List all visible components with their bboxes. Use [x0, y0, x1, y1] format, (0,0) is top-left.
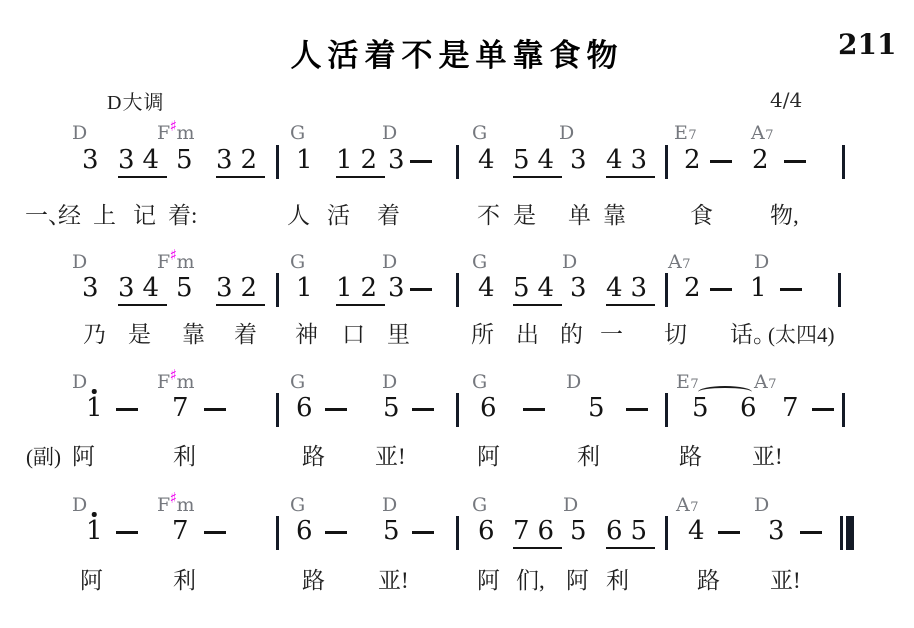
- note: 1: [86, 517, 103, 545]
- lyric-syllable: 亚!: [752, 444, 783, 470]
- note: 4: [478, 274, 495, 302]
- sharp-icon: ♯: [170, 117, 178, 135]
- note: 6: [478, 517, 495, 545]
- chord-label: G: [472, 122, 488, 144]
- note: 32: [216, 146, 265, 178]
- lyric-syllable: 阿: [72, 444, 95, 470]
- note-extension-dash: [718, 531, 740, 534]
- barline: [276, 145, 279, 179]
- chord-seventh: 7: [682, 257, 691, 272]
- note: 5: [588, 394, 605, 422]
- octave-dot: [92, 512, 97, 517]
- chord-label: D: [382, 251, 398, 273]
- sharp-icon: ♯: [170, 246, 178, 264]
- lyric-syllable: 利: [173, 568, 196, 594]
- note: 2: [752, 146, 769, 174]
- note: 43: [606, 274, 655, 306]
- chord-label: F♯m: [157, 122, 195, 145]
- sheet-music-page: 人活着不是单靠食物 211 D大调 4/4 DF♯mGDGDE7A7334532…: [0, 0, 914, 628]
- note: 1: [296, 146, 313, 174]
- note: 76: [513, 517, 562, 549]
- note: 3: [570, 274, 587, 302]
- lyric-syllable: 亚!: [375, 444, 406, 470]
- note-extension-dash: [204, 531, 226, 534]
- lyric-syllable: 上: [93, 203, 116, 229]
- lyric-syllable: 乃: [83, 322, 106, 348]
- note: 5: [176, 146, 193, 174]
- note: 43: [606, 146, 655, 178]
- lyric-syllable: 不: [477, 203, 500, 229]
- chord-label: A7: [754, 371, 777, 396]
- chord-label: D: [563, 494, 579, 516]
- note: 2: [684, 146, 701, 174]
- sharp-icon: ♯: [170, 489, 178, 507]
- barline: [276, 273, 279, 307]
- barline: [276, 393, 279, 427]
- note: 4: [478, 146, 495, 174]
- note-extension-dash: [412, 531, 434, 534]
- lyric-syllable: 路: [302, 444, 325, 470]
- note: 4: [688, 517, 705, 545]
- lyric-syllable: 亚!: [770, 568, 801, 594]
- chord-label: F♯m: [157, 494, 195, 517]
- octave-dot: [92, 389, 97, 394]
- lyric-syllable: (太四4): [768, 322, 835, 348]
- chord-label: E7: [674, 122, 697, 147]
- note: 32: [216, 274, 265, 306]
- note: 1: [296, 274, 313, 302]
- chord-label: G: [290, 122, 306, 144]
- lyric-syllable: 着: [377, 203, 400, 229]
- barline: [456, 516, 459, 550]
- tie-arc: [698, 386, 752, 398]
- note: 7: [172, 394, 189, 422]
- lyric-syllable: 阿: [477, 568, 500, 594]
- note: 7: [782, 394, 799, 422]
- lyric-syllable: 的: [560, 322, 583, 348]
- lyric-syllable: 路: [302, 568, 325, 594]
- lyric-syllable: 利: [173, 444, 196, 470]
- lyric-syllable: 着: [234, 322, 257, 348]
- lyric-syllable: (副): [26, 444, 61, 470]
- chord-seventh: 7: [690, 500, 699, 515]
- note-extension-dash: [784, 160, 806, 163]
- note-extension-dash: [812, 408, 834, 411]
- chord-label: G: [472, 494, 488, 516]
- barline: [456, 273, 459, 307]
- chord-label: G: [472, 371, 488, 393]
- note-extension-dash: [410, 288, 432, 291]
- chord-label: F♯m: [157, 371, 195, 394]
- note: 12: [336, 146, 385, 178]
- note-extension-dash: [523, 408, 545, 411]
- chord-label: D: [72, 494, 88, 516]
- note: 12: [336, 274, 385, 306]
- chord-label: G: [290, 371, 306, 393]
- lyric-syllable: 人: [287, 203, 310, 229]
- chord-label: D: [72, 251, 88, 273]
- chord-label: D: [72, 371, 88, 393]
- note: 3: [570, 146, 587, 174]
- note: 5: [176, 274, 193, 302]
- note: 3: [82, 146, 99, 174]
- lyric-syllable: 路: [679, 444, 702, 470]
- lyric-syllable: 记: [133, 203, 156, 229]
- lyric-syllable: 是: [513, 203, 536, 229]
- lyric-syllable: 一: [600, 322, 623, 348]
- note: 1: [86, 394, 103, 422]
- note-extension-dash: [116, 531, 138, 534]
- lyric-syllable: 靠: [603, 203, 626, 229]
- note: 3: [82, 274, 99, 302]
- lyric-syllable: 神: [295, 322, 318, 348]
- note-extension-dash: [325, 408, 347, 411]
- note: 34: [118, 274, 167, 306]
- lyric-syllable: 食: [690, 203, 713, 229]
- note-extension-dash: [412, 408, 434, 411]
- note: 54: [513, 274, 562, 306]
- note: 2: [684, 274, 701, 302]
- lyric-syllable: 是: [128, 322, 151, 348]
- barline: [665, 145, 668, 179]
- barline: [665, 516, 668, 550]
- barline: [842, 393, 845, 427]
- note: 6: [740, 394, 757, 422]
- note: 6: [296, 517, 313, 545]
- note-extension-dash: [626, 408, 648, 411]
- chord-label: A7: [751, 122, 774, 147]
- note-extension-dash: [325, 531, 347, 534]
- lyric-syllable: 着:: [168, 203, 197, 229]
- chord-label: F♯m: [157, 251, 195, 274]
- note: 3: [388, 146, 405, 174]
- note-extension-dash: [410, 160, 432, 163]
- chord-label: D: [566, 371, 582, 393]
- lyric-syllable: 阿: [80, 568, 103, 594]
- note: 5: [692, 394, 709, 422]
- note: 6: [296, 394, 313, 422]
- note: 65: [606, 517, 655, 549]
- chord-label: G: [290, 251, 306, 273]
- lyric-syllable: 阿: [566, 568, 589, 594]
- chord-label: D: [72, 122, 88, 144]
- lyric-syllable: 所: [471, 322, 494, 348]
- note: 5: [383, 394, 400, 422]
- lyric-syllable: 活: [327, 203, 350, 229]
- note-extension-dash: [800, 531, 822, 534]
- lyric-syllable: 利: [577, 444, 600, 470]
- chord-label: D: [754, 494, 770, 516]
- chord-label: D: [562, 251, 578, 273]
- chord-label: D: [382, 371, 398, 393]
- note: 7: [172, 517, 189, 545]
- note: 6: [480, 394, 497, 422]
- note-extension-dash: [710, 160, 732, 163]
- key-signature: D大调: [107, 86, 164, 115]
- note: 5: [570, 517, 587, 545]
- final-barline: [846, 516, 854, 550]
- lyric-syllable: 物,: [770, 203, 799, 229]
- lyric-syllable: 单: [568, 203, 591, 229]
- note-extension-dash: [204, 408, 226, 411]
- chord-label: G: [290, 494, 306, 516]
- chord-label: D: [382, 494, 398, 516]
- chord-label: D: [754, 251, 770, 273]
- lyric-syllable: 切: [664, 322, 687, 348]
- barline: [276, 516, 279, 550]
- chord-label: G: [472, 251, 488, 273]
- lyric-syllable: 口: [342, 322, 365, 348]
- lyric-syllable: 出: [516, 322, 539, 348]
- lyric-syllable: 靠: [182, 322, 205, 348]
- chord-label: D: [559, 122, 575, 144]
- lyric-syllable: 路: [697, 568, 720, 594]
- note: 3: [388, 274, 405, 302]
- song-title: 人活着不是单靠食物: [291, 30, 624, 75]
- barline: [840, 516, 843, 550]
- barline: [456, 393, 459, 427]
- note-extension-dash: [780, 288, 802, 291]
- note: 34: [118, 146, 167, 178]
- note: 54: [513, 146, 562, 178]
- note-extension-dash: [116, 408, 138, 411]
- lyric-syllable: 亚!: [378, 568, 409, 594]
- chord-label: D: [382, 122, 398, 144]
- lyric-syllable: 经: [58, 203, 81, 229]
- barline: [665, 393, 668, 427]
- barline: [456, 145, 459, 179]
- barline: [665, 273, 668, 307]
- page-number: 211: [838, 28, 896, 61]
- chord-seventh: 7: [768, 377, 777, 392]
- note-extension-dash: [710, 288, 732, 291]
- chord-seventh: 7: [688, 128, 697, 143]
- barline: [838, 273, 841, 307]
- chord-seventh: 7: [765, 128, 774, 143]
- barline: [842, 145, 845, 179]
- sharp-icon: ♯: [170, 366, 178, 384]
- lyric-syllable: 们,: [516, 568, 545, 594]
- lyric-syllable: 利: [606, 568, 629, 594]
- time-signature: 4/4: [770, 88, 802, 112]
- lyric-syllable: 阿: [477, 444, 500, 470]
- lyric-syllable: 里: [387, 322, 410, 348]
- note: 5: [383, 517, 400, 545]
- note: 1: [750, 274, 767, 302]
- note: 3: [768, 517, 785, 545]
